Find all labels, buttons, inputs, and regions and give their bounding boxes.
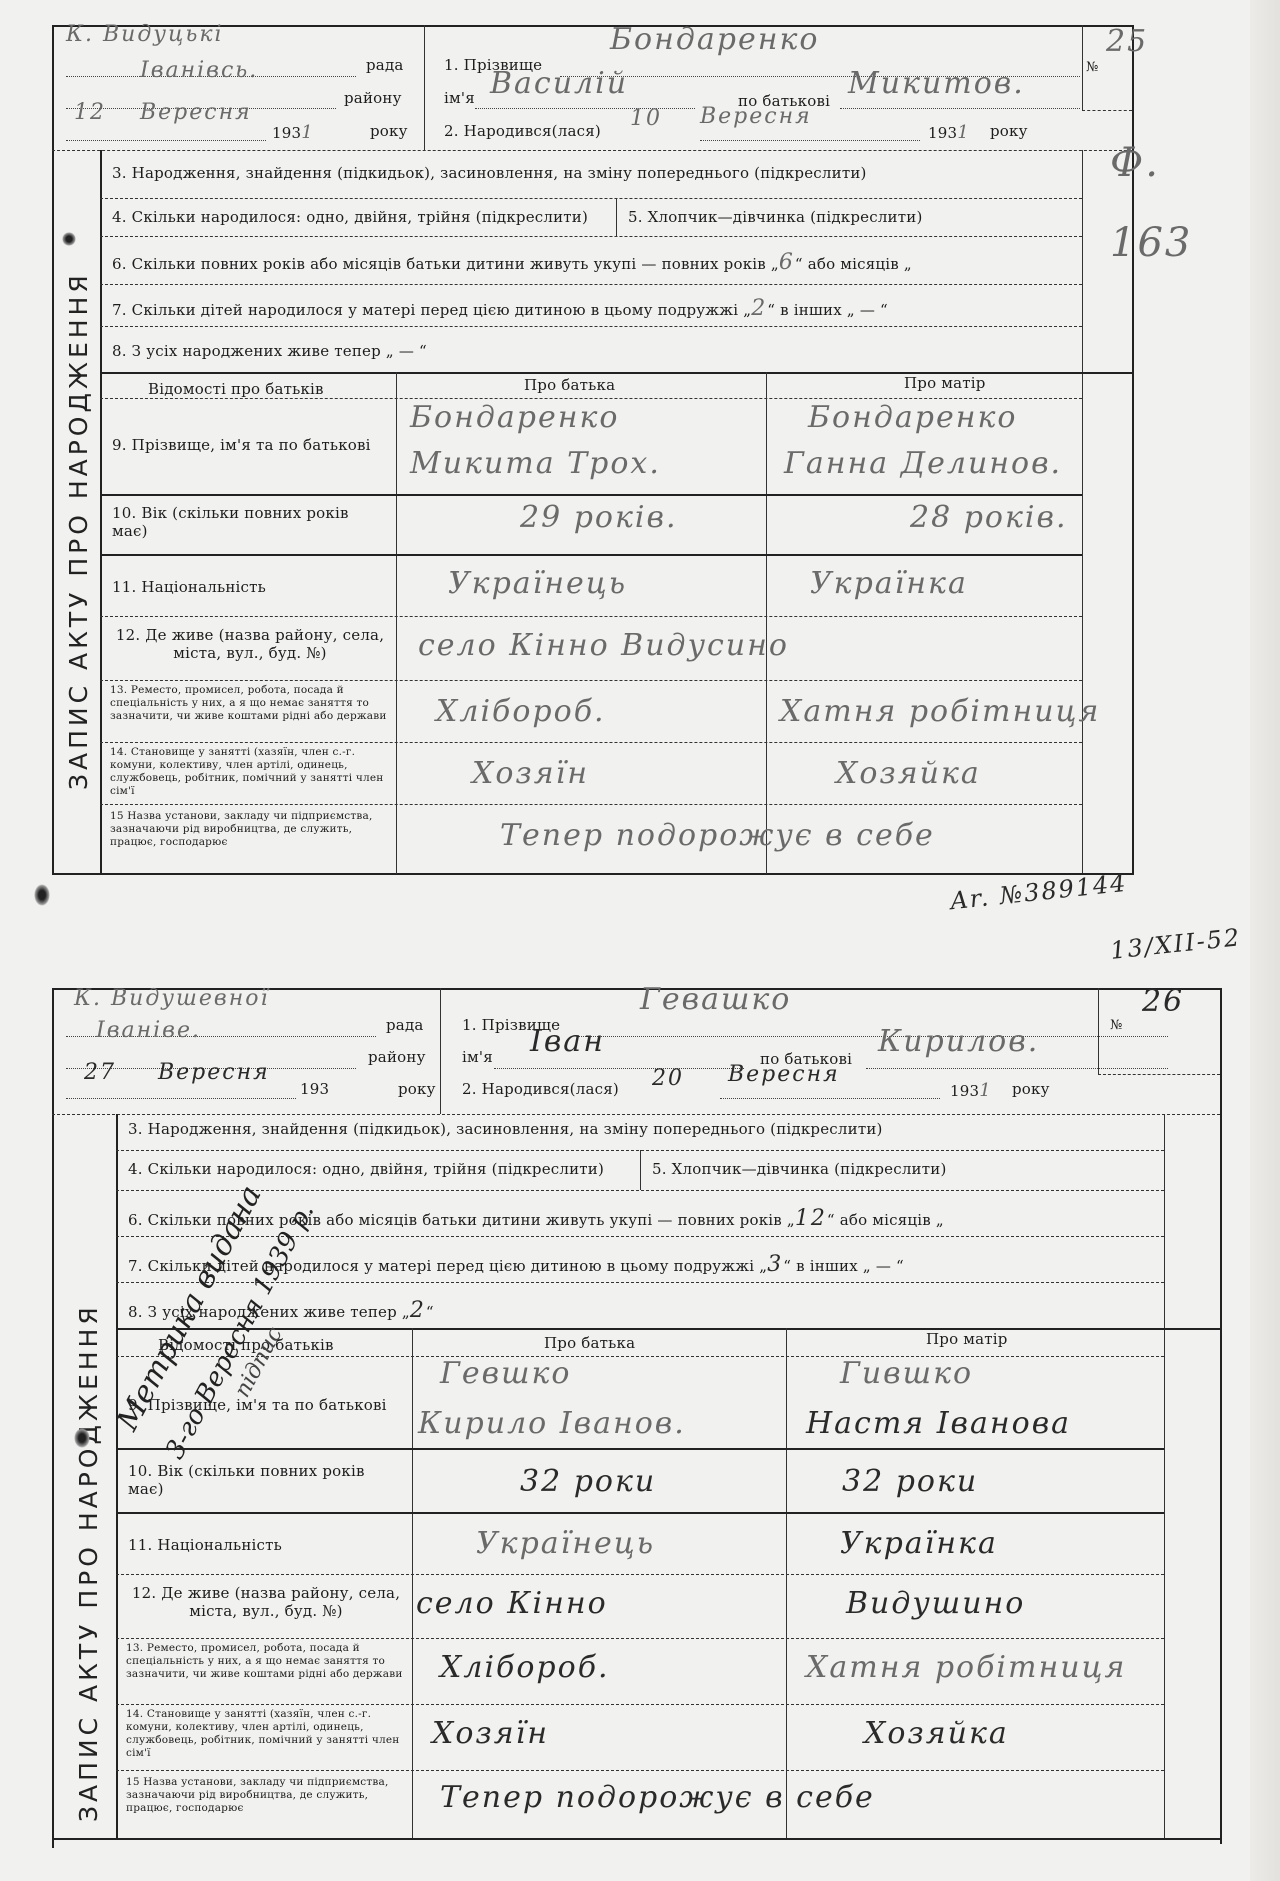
q6-months-label: або місяців <box>808 255 899 273</box>
archive-note-date: 13/XII-52 <box>1109 923 1243 965</box>
father-name-2: Кирило Іванов. <box>418 1406 686 1441</box>
row-divider <box>100 554 1082 556</box>
q12-label: 12. Де живе (назва району, села, міста, … <box>128 1584 404 1620</box>
mother-residence: Видушино <box>846 1586 1025 1621</box>
birth-day: 10 <box>630 106 662 131</box>
father-status: Хозяїн <box>432 1716 549 1751</box>
mother-name-2: Настя Іванова <box>806 1406 1071 1441</box>
q7-other: — <box>860 301 875 319</box>
col-info-header: Відомості про батьків <box>148 380 324 398</box>
father-workplace: Тепер подорожує в себе <box>500 818 935 853</box>
record-number: 26 <box>1142 984 1184 1019</box>
reg-day: 27 <box>84 1060 116 1085</box>
q7-this: 3 <box>767 1252 783 1277</box>
reg-roku-label: року <box>398 1080 436 1098</box>
reg-date-dots <box>66 140 266 141</box>
father-residence: село Кінно Видусино <box>418 628 789 663</box>
mother-nationality: Українка <box>810 566 968 601</box>
row-divider <box>100 198 1082 199</box>
q7-other: — <box>876 1257 891 1275</box>
row-divider <box>100 284 1082 285</box>
reg-date-dots <box>66 1098 296 1099</box>
row-divider <box>116 1574 1164 1575</box>
row-divider <box>100 398 1082 399</box>
patronymic-value: Кирилов. <box>878 1024 1039 1059</box>
card-right-border <box>1220 988 1222 1844</box>
mother-status: Хозяйка <box>836 756 981 791</box>
name-label: ім'я <box>462 1048 493 1066</box>
patronymic-dots <box>840 108 1080 109</box>
mother-age: 28 років. <box>910 500 1067 535</box>
name-value: Іван <box>530 1024 605 1059</box>
col-father-header: Про батька <box>544 1334 635 1352</box>
q15-label: 15 Назва установи, закладу чи підприємст… <box>110 810 392 849</box>
mother-status: Хозяйка <box>864 1716 1009 1751</box>
col-divider-1 <box>396 372 397 874</box>
rayon-label: району <box>344 89 402 107</box>
father-workplace: Тепер подорожує в себе <box>440 1780 875 1815</box>
q6-years: 6 <box>779 250 795 275</box>
row-divider <box>100 616 1082 617</box>
surname-value: Бондаренко <box>610 22 819 57</box>
mother-nationality: Українка <box>840 1526 998 1561</box>
number-box-bottom <box>1098 1074 1220 1075</box>
row-divider <box>100 742 1082 743</box>
reg-year-prefix: 193 <box>300 1080 329 1098</box>
father-name-1: Гевшко <box>440 1356 571 1391</box>
number-sign: № <box>1110 1018 1123 1033</box>
father-name-1: Бондаренко <box>410 400 619 435</box>
mother-occupation: Хатня робітниця <box>780 694 1100 729</box>
q12-label: 12. Де живе (назва району, села, міста, … <box>112 626 388 662</box>
record-number: 25 <box>1106 24 1148 59</box>
body-left-border <box>116 1114 118 1840</box>
card-left-border <box>52 25 54 875</box>
q6-years: 12 <box>795 1206 827 1231</box>
reg-month: Вересня <box>158 1060 270 1085</box>
father-nationality: Українець <box>476 1526 655 1561</box>
birth-day: 20 <box>652 1066 684 1091</box>
birth-roku-label: року <box>990 122 1028 140</box>
row-divider <box>116 1190 1164 1191</box>
row-divider <box>116 1638 1164 1639</box>
number-sign: № <box>1086 60 1099 75</box>
name-dots <box>494 1068 744 1069</box>
patronymic-dots <box>866 1068 1168 1069</box>
birth-year-suffix: 1 <box>957 122 970 143</box>
surname-dots <box>578 1036 1168 1037</box>
q7-other-label: в інших <box>780 301 842 319</box>
birth-year-prefix: 193 <box>950 1082 979 1100</box>
number-box-left <box>1082 25 1083 110</box>
q3-label: 3. Народження, знайдення (підкидьок), за… <box>128 1120 883 1138</box>
row-divider <box>116 1448 1164 1450</box>
father-age: 32 роки <box>520 1464 656 1499</box>
reg-year-suffix: 1 <box>301 122 314 143</box>
right-margin-column <box>1164 1114 1165 1838</box>
side-title: ЗАПИС АКТУ ПРО НАРОДЖЕННЯ <box>64 271 93 790</box>
name-label: ім'я <box>444 89 475 107</box>
mother-name-1: Бондаренко <box>808 400 1017 435</box>
q11-label: 11. Національність <box>128 1536 282 1554</box>
rada-value: К. Видушевної <box>74 986 270 1011</box>
father-nationality: Українець <box>448 566 627 601</box>
q5-label: 5. Хлопчик—дівчинка (підкреслити) <box>628 208 923 226</box>
q7-label: 7. Скільки дітей народилося у матері пер… <box>112 301 738 319</box>
mother-age: 32 роки <box>842 1464 978 1499</box>
father-age: 29 років. <box>520 500 677 535</box>
reg-month: Вересня <box>140 100 252 125</box>
row-divider <box>100 494 1082 496</box>
father-name-2: Микита Трох. <box>410 446 661 481</box>
q14-label: 14. Становище у занятті (хазяїн, член с.… <box>126 1708 408 1760</box>
q4-q5-divider <box>616 198 617 236</box>
side-title: ЗАПИС АКТУ ПРО НАРОДЖЕННЯ <box>74 1303 103 1822</box>
col-divider-2 <box>766 372 767 874</box>
body-left-border <box>100 150 102 875</box>
paper-edge-shadow <box>1250 0 1280 1881</box>
row-divider <box>116 1512 1164 1514</box>
q6-months-label: або місяців <box>840 1211 931 1229</box>
q5-label: 5. Хлопчик—дівчинка (підкреслити) <box>652 1160 947 1178</box>
q8-label: 8. З усіх народжених живе тепер <box>112 342 381 360</box>
reg-year-prefix: 193 <box>272 124 301 142</box>
row-divider <box>100 236 1082 237</box>
father-residence: село Кінно <box>416 1586 608 1621</box>
birth-year-suffix: 1 <box>979 1080 992 1101</box>
row-divider <box>100 804 1082 805</box>
row-divider <box>100 680 1082 681</box>
q6-label: 6. Скільки повних років або місяців бать… <box>112 255 766 273</box>
q7-other-label: в інших <box>796 1257 858 1275</box>
rada-value: К. Видуцькі <box>66 22 224 47</box>
card-bottom-border <box>52 1838 1222 1840</box>
rayon-label: району <box>368 1048 426 1066</box>
row-divider <box>116 1770 1164 1771</box>
birth-roku-label: року <box>1012 1080 1050 1098</box>
row-divider <box>116 1704 1164 1705</box>
q7-this: 2 <box>751 296 767 321</box>
patronymic-value: Микитов. <box>848 66 1025 101</box>
header-divider <box>440 988 441 1114</box>
ink-stain <box>34 884 50 906</box>
q9-label: 9. Прізвище, ім'я та по батькові <box>112 436 371 454</box>
q11-label: 11. Національність <box>112 578 266 596</box>
number-box-bottom <box>1082 110 1132 111</box>
birth-dots <box>700 140 920 141</box>
col-mother-header: Про матір <box>926 1330 1008 1348</box>
card-left-border <box>52 988 54 1848</box>
right-margin-column <box>1082 150 1083 873</box>
col-mother-header: Про матір <box>904 374 986 392</box>
q10-label: 10. Вік (скільки повних років має) <box>112 504 388 540</box>
name-dots <box>475 108 695 109</box>
margin-mark: Ф. <box>1110 140 1160 186</box>
father-status: Хозяїн <box>472 756 589 791</box>
father-occupation: Хлібороб. <box>440 1650 610 1685</box>
q4-label: 4. Скільки народилося: одно, двійня, трі… <box>128 1160 604 1178</box>
row-divider <box>100 326 1082 327</box>
q13-label: 13. Реместо, промисел, робота, посада й … <box>110 684 392 723</box>
header-bottom <box>52 1114 1220 1115</box>
birth-month: Вересня <box>728 1062 840 1087</box>
born-label: 2. Народився(лася) <box>462 1080 619 1098</box>
q4-label: 4. Скільки народилося: одно, двійня, трі… <box>112 208 588 226</box>
born-label: 2. Народився(лася) <box>444 122 601 140</box>
q15-label: 15 Назва установи, закладу чи підприємст… <box>126 1776 408 1815</box>
name-value: Василій <box>490 66 628 101</box>
surname-value: Гевашко <box>640 982 791 1017</box>
rada-label: рада <box>366 56 404 74</box>
q3-label: 3. Народження, знайдення (підкидьок), за… <box>112 164 867 182</box>
margin-number: 163 <box>1110 220 1192 266</box>
mother-occupation: Хатня робітниця <box>806 1650 1126 1685</box>
birth-year-prefix: 193 <box>928 124 957 142</box>
col-father-header: Про батька <box>524 376 615 394</box>
table-top <box>116 1328 1220 1330</box>
reg-roku-label: року <box>370 122 408 140</box>
q9-label: 9. Прізвище, ім'я та по батькові <box>128 1396 387 1414</box>
archive-note-number: Ar. №389144 <box>949 869 1129 915</box>
header-bottom <box>52 150 1132 151</box>
q10-label: 10. Вік (скільки повних років має) <box>128 1462 404 1498</box>
header-divider <box>424 25 425 150</box>
col-divider-2 <box>786 1328 787 1838</box>
rayon-value: Іваніве. <box>96 1018 201 1043</box>
col-divider-1 <box>412 1328 413 1838</box>
q8-alive: 2 <box>410 1298 426 1323</box>
q4-q5-divider <box>640 1150 641 1190</box>
reg-day: 12 <box>74 100 106 125</box>
q14-label: 14. Становище у занятті (хазяїн, член с.… <box>110 746 392 798</box>
mother-name-1: Гившко <box>840 1356 973 1391</box>
number-box-left <box>1098 988 1099 1074</box>
rayon-value: Іванівсь. <box>140 58 258 83</box>
mother-name-2: Ганна Делинов. <box>784 446 1062 481</box>
q13-label: 13. Реместо, промисел, робота, посада й … <box>126 1642 408 1681</box>
ink-stain <box>74 1428 90 1448</box>
birth-dots <box>720 1098 940 1099</box>
q8-alive: — <box>399 342 414 360</box>
father-occupation: Хлібороб. <box>436 694 606 729</box>
ink-stain <box>62 232 76 246</box>
rada-label: рада <box>386 1016 424 1034</box>
card-bottom-border <box>52 873 1134 875</box>
birth-month: Вересня <box>700 104 812 129</box>
